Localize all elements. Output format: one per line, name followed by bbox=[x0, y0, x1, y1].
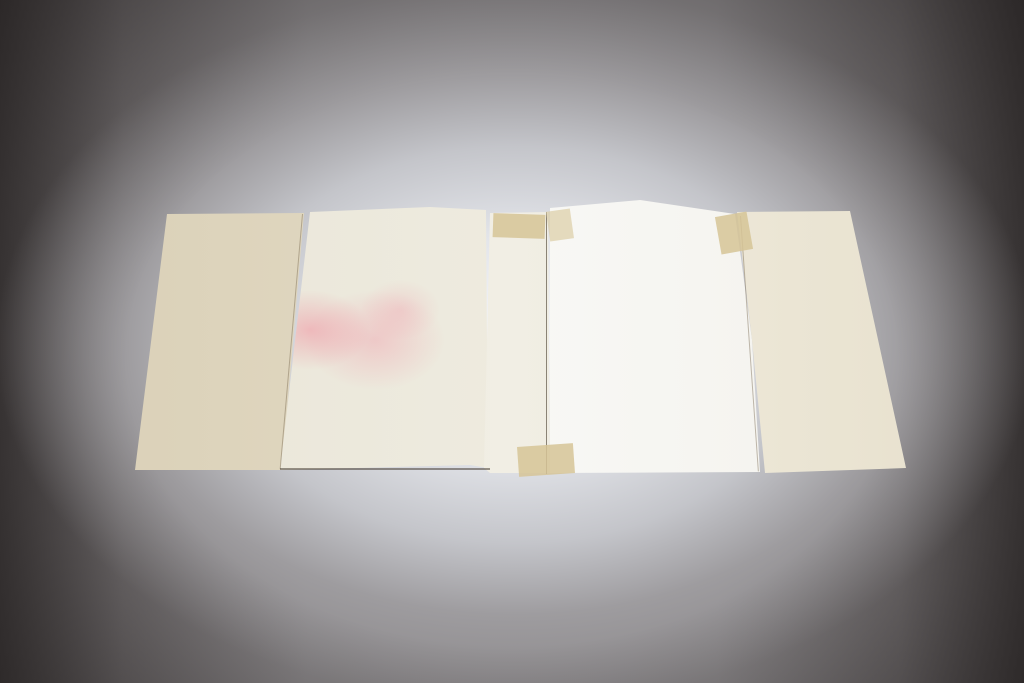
tape-piece bbox=[546, 208, 574, 241]
dust-jacket bbox=[0, 0, 1024, 683]
tape-piece bbox=[493, 213, 546, 239]
tape-piece bbox=[517, 443, 575, 477]
fold-crease bbox=[546, 212, 547, 474]
torn-edge-shadow bbox=[280, 468, 490, 470]
tape-piece bbox=[715, 212, 753, 255]
